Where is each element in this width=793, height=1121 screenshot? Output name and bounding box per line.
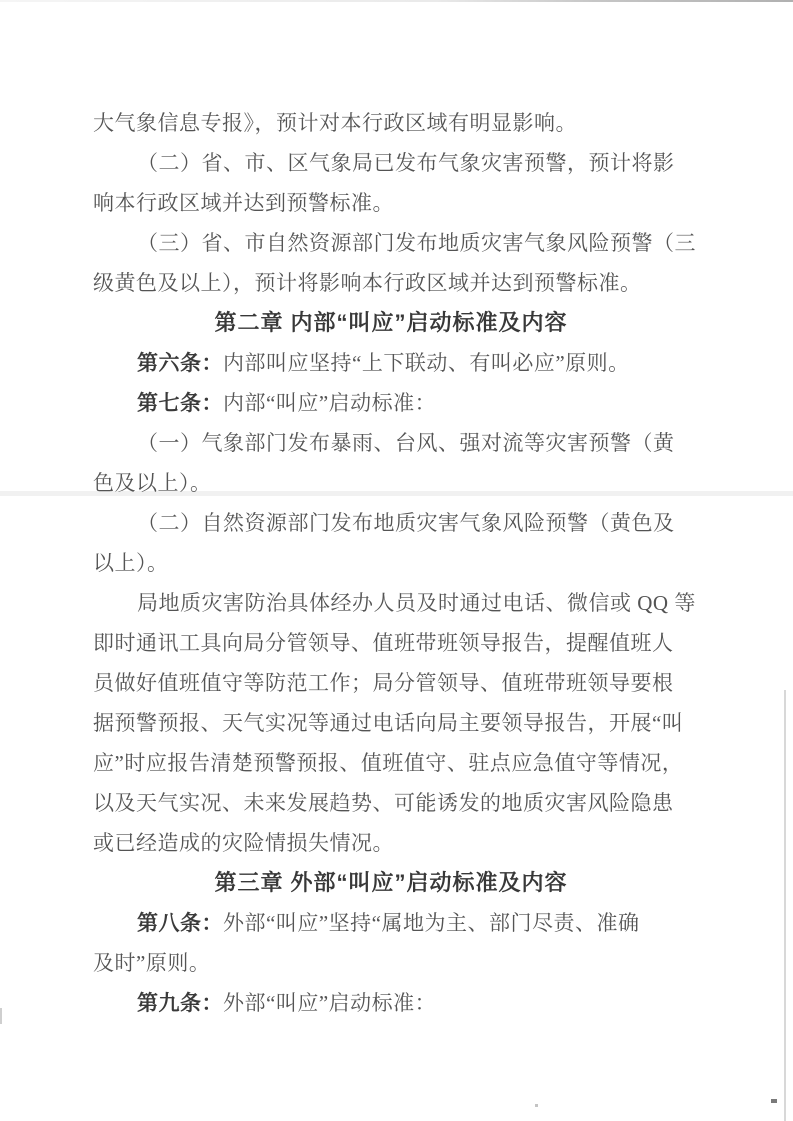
body-text-line: 色及以上）。 bbox=[93, 463, 689, 503]
body-text-line: 第九条：外部“叫应”启动标准： bbox=[93, 983, 689, 1023]
body-text-line: 员做好值班值守等防范工作；局分管领导、值班带班领导要根 bbox=[93, 663, 689, 703]
body-text-line: 及时”原则。 bbox=[93, 943, 689, 983]
body-text-line: 第六条：内部叫应坚持“上下联动、有叫必应”原则。 bbox=[93, 343, 689, 383]
line-text: 内部叫应坚持“上下联动、有叫必应”原则。 bbox=[223, 351, 630, 375]
document-text-block: 大气象信息专报》，预计对本行政区域有明显影响。（二）省、市、区气象局已发布气象灾… bbox=[93, 103, 689, 1023]
body-text-line: 即时通讯工具向局分管领导、值班带班领导报告，提醒值班人 bbox=[93, 623, 689, 663]
body-text-line: 以及天气实况、未来发展趋势、可能诱发的地质灾害风险隐患 bbox=[93, 783, 689, 823]
body-text-line: 大气象信息专报》，预计对本行政区域有明显影响。 bbox=[93, 103, 689, 143]
body-text-line: 应”时应报告清楚预警预报、值班值守、驻点应急值守等情况， bbox=[93, 743, 689, 783]
scanned-document-page: 大气象信息专报》，预计对本行政区域有明显影响。（二）省、市、区气象局已发布气象灾… bbox=[0, 0, 793, 1121]
line-text: 内部“叫应”启动标准： bbox=[223, 391, 436, 415]
article-number-lead: 第七条： bbox=[137, 391, 223, 415]
line-text: 外部“叫应”启动标准： bbox=[223, 991, 436, 1015]
body-text-line: 以上）。 bbox=[93, 543, 689, 583]
chapter-heading: 第三章 外部“叫应”启动标准及内容 bbox=[93, 863, 689, 903]
scan-top-edge-artifact bbox=[0, 0, 793, 2]
article-number-lead: 第九条： bbox=[137, 991, 223, 1015]
scan-right-edge-artifact bbox=[784, 690, 786, 1121]
body-text-line: 级黄色及以上），预计将影响本行政区域并达到预警标准。 bbox=[93, 263, 689, 303]
body-text-line: 或已经造成的灾险情损失情况。 bbox=[93, 823, 689, 863]
body-text-line: （二）自然资源部门发布地质灾害气象风险预警（黄色及 bbox=[93, 503, 689, 543]
article-number-lead: 第八条： bbox=[137, 911, 223, 935]
body-text-line: （二）省、市、区气象局已发布气象灾害预警，预计将影 bbox=[93, 143, 689, 183]
body-text-line: （一）气象部门发布暴雨、台风、强对流等灾害预警（黄 bbox=[93, 423, 689, 463]
line-text: 外部“叫应”坚持“属地为主、部门尽责、准确 bbox=[223, 911, 639, 935]
body-text-line: 第七条：内部“叫应”启动标准： bbox=[93, 383, 689, 423]
scan-speck-dark bbox=[771, 1099, 777, 1103]
scan-speck-light bbox=[535, 1104, 538, 1107]
body-text-line: （三）省、市自然资源部门发布地质灾害气象风险预警（三 bbox=[93, 223, 689, 263]
body-text-line: 第八条：外部“叫应”坚持“属地为主、部门尽责、准确 bbox=[93, 903, 689, 943]
article-number-lead: 第六条： bbox=[137, 351, 223, 375]
body-text-line: 据预警预报、天气实况等通过电话向局主要领导报告，开展“叫 bbox=[93, 703, 689, 743]
body-text-line: 响本行政区域并达到预警标准。 bbox=[93, 183, 689, 223]
scan-left-edge-mark bbox=[0, 1008, 2, 1024]
body-text-line: 局地质灾害防治具体经办人员及时通过电话、微信或 QQ 等 bbox=[93, 583, 689, 623]
chapter-heading: 第二章 内部“叫应”启动标准及内容 bbox=[93, 303, 689, 343]
